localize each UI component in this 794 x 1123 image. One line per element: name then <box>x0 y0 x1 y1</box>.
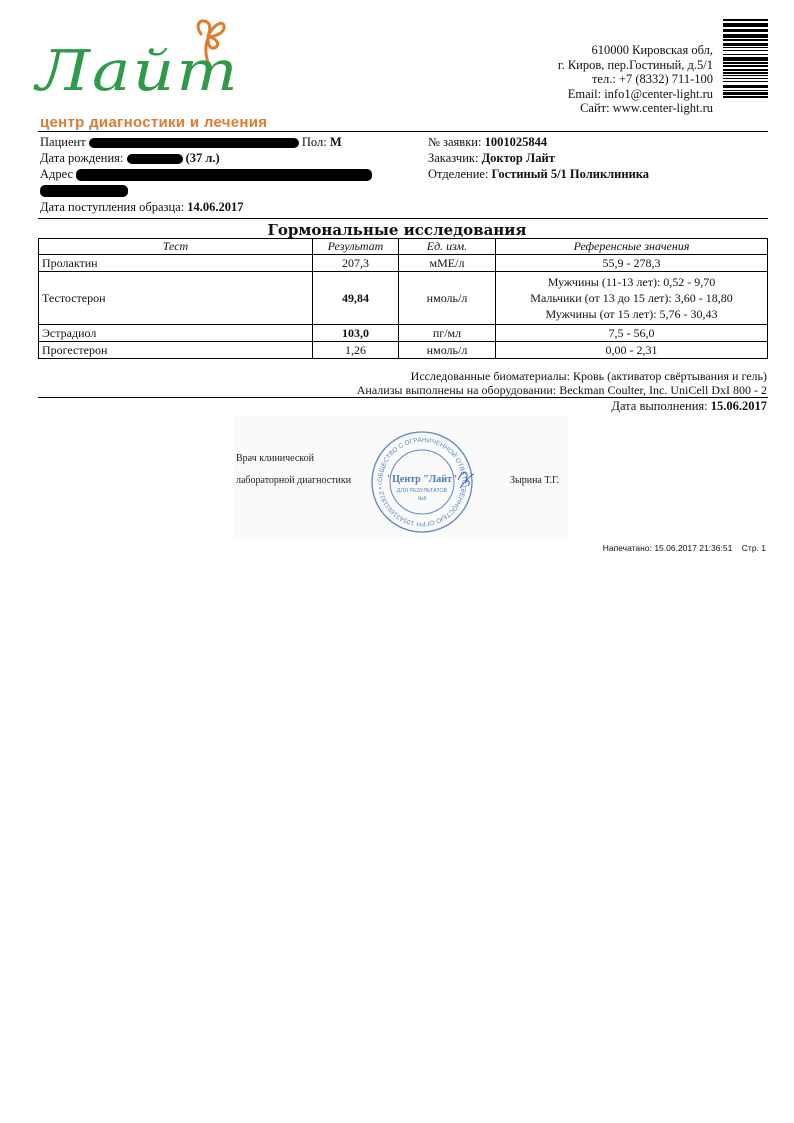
test-unit: нмоль/л <box>399 342 496 359</box>
order-number-row: № заявки: 1001025844 <box>428 134 768 150</box>
address-line: г. Киров, пер.Гостиный, д.5/1 <box>558 58 713 73</box>
department-row: Отделение: Гостиный 5/1 Поликлиника <box>428 166 768 182</box>
reference-line: 0,00 - 2,31 <box>499 342 764 358</box>
test-reference: 7,5 - 56,0 <box>496 325 768 342</box>
reference-line: Мальчики (от 13 до 15 лет): 3,60 - 18,80 <box>499 290 764 306</box>
redacted-address-2 <box>40 185 128 197</box>
sample-date-row: Дата поступления образца: 14.06.2017 <box>40 199 420 215</box>
test-unit: нмоль/л <box>399 272 496 325</box>
biomaterial-note: Исследованные биоматериалы: Кровь (актив… <box>411 369 767 383</box>
table-row: Эстрадиол103,0пг/мл7,5 - 56,0 <box>39 325 768 342</box>
info-divider <box>38 218 768 219</box>
sex-label: Пол: <box>302 135 327 149</box>
address-row: Адрес <box>40 166 420 182</box>
signer-role-line2: лабораторной диагностики <box>236 475 351 486</box>
svg-text:ДЛЯ РЕЗУЛЬТАТОВ: ДЛЯ РЕЗУЛЬТАТОВ <box>397 488 448 494</box>
test-reference: 55,9 - 278,3 <box>496 255 768 272</box>
header-test: Тест <box>39 239 313 255</box>
redacted-birth-date <box>127 154 183 164</box>
barcode-icon <box>723 19 768 99</box>
reference-line: 55,9 - 278,3 <box>499 255 764 271</box>
test-result: 1,26 <box>313 342 399 359</box>
sample-date-value: 14.06.2017 <box>187 200 243 214</box>
reference-line: 7,5 - 56,0 <box>499 325 764 341</box>
table-row: Прогестерон1,26нмоль/л0,00 - 2,31 <box>39 342 768 359</box>
phone-line: тел.: +7 (8332) 711-100 <box>558 72 713 87</box>
page-number: Стр. 1 <box>742 543 766 553</box>
test-reference: 0,00 - 2,31 <box>496 342 768 359</box>
customer-row: Заказчик: Доктор Лайт <box>428 150 768 166</box>
email-line: Email: info1@center-light.ru <box>558 87 713 102</box>
logo-wordmark: Лайт <box>36 44 240 100</box>
birth-row: Дата рождения: (37 л.) <box>40 150 420 166</box>
test-name: Пролактин <box>39 255 313 272</box>
header-unit: Ед. изм. <box>399 239 496 255</box>
department-label: Отделение: <box>428 167 488 181</box>
test-reference: Мужчины (11-13 лет): 0,52 - 9,70Мальчики… <box>496 272 768 325</box>
address-row-2 <box>40 182 420 198</box>
header-reference: Референсные значения <box>496 239 768 255</box>
execution-date: Дата выполнения: 15.06.2017 <box>611 399 767 414</box>
clinic-stamp-icon: ОБЩЕСТВО С ОГРАНИЧЕННОЙ ОТВЕТСТВЕННОСТЬЮ… <box>370 430 474 534</box>
table-header-row: Тест Результат Ед. изм. Референсные знач… <box>39 239 768 255</box>
patient-label: Пациент <box>40 135 86 149</box>
birth-label: Дата рождения: <box>40 151 123 165</box>
execution-date-value: 15.06.2017 <box>711 399 767 413</box>
notes-divider <box>38 397 768 398</box>
table-row: Тестостерон49,84нмоль/лМужчины (11-13 ле… <box>39 272 768 325</box>
reference-line: Мужчины (от 15 лет): 5,76 - 30,43 <box>499 306 764 322</box>
sex-value: М <box>330 135 342 149</box>
execution-date-label: Дата выполнения: <box>611 399 707 413</box>
address-label: Адрес <box>40 167 73 181</box>
customer-value: Доктор Лайт <box>482 151 555 165</box>
test-result: 49,84 <box>313 272 399 325</box>
header-divider <box>38 131 768 132</box>
printed-value: 15.06.2017 21:36:51 <box>654 543 732 553</box>
patient-info: Пациент Пол: М Дата рождения: (37 л.) Ад… <box>40 134 420 215</box>
results-table: Тест Результат Ед. изм. Референсные знач… <box>38 238 768 359</box>
patient-row: Пациент Пол: М <box>40 134 420 150</box>
signer-role-line1: Врач клинической <box>236 453 314 464</box>
order-info: № заявки: 1001025844 Заказчик: Доктор Ла… <box>428 134 768 182</box>
order-number-value: 1001025844 <box>485 135 548 149</box>
test-name: Тестостерон <box>39 272 313 325</box>
test-result: 207,3 <box>313 255 399 272</box>
equipment-note: Анализы выполнены на оборудовании: Beckm… <box>357 383 767 397</box>
reference-line: Мужчины (11-13 лет): 0,52 - 9,70 <box>499 274 764 290</box>
header-result: Результат <box>313 239 399 255</box>
test-name: Прогестерон <box>39 342 313 359</box>
print-stamp: Напечатано: 15.06.2017 21:36:51 Стр. 1 <box>603 543 766 553</box>
sample-date-label: Дата поступления образца: <box>40 200 184 214</box>
order-number-label: № заявки: <box>428 135 481 149</box>
test-unit: пг/мл <box>399 325 496 342</box>
printed-label: Напечатано: <box>603 543 652 553</box>
department-value: Гостиный 5/1 Поликлиника <box>492 167 650 181</box>
age-value: (37 л.) <box>186 151 220 165</box>
signer-name: Зырина Т.Г. <box>510 475 559 486</box>
test-name: Эстрадиол <box>39 325 313 342</box>
customer-label: Заказчик: <box>428 151 478 165</box>
svg-text:№8: №8 <box>418 496 427 502</box>
redacted-address <box>76 169 372 181</box>
logo-tagline: центр диагностики и лечения <box>40 114 267 131</box>
redacted-patient-name <box>89 138 299 148</box>
section-title: Гормональные исследования <box>0 221 794 239</box>
address-line: 610000 Кировская обл, <box>558 43 713 58</box>
clinic-address: 610000 Кировская обл, г. Киров, пер.Гост… <box>558 43 713 116</box>
website-line: Сайт: www.center-light.ru <box>558 101 713 116</box>
test-unit: мМЕ/л <box>399 255 496 272</box>
table-row: Пролактин207,3мМЕ/л55,9 - 278,3 <box>39 255 768 272</box>
svg-text:"Центр "Лайт": "Центр "Лайт" <box>387 474 458 485</box>
test-result: 103,0 <box>313 325 399 342</box>
